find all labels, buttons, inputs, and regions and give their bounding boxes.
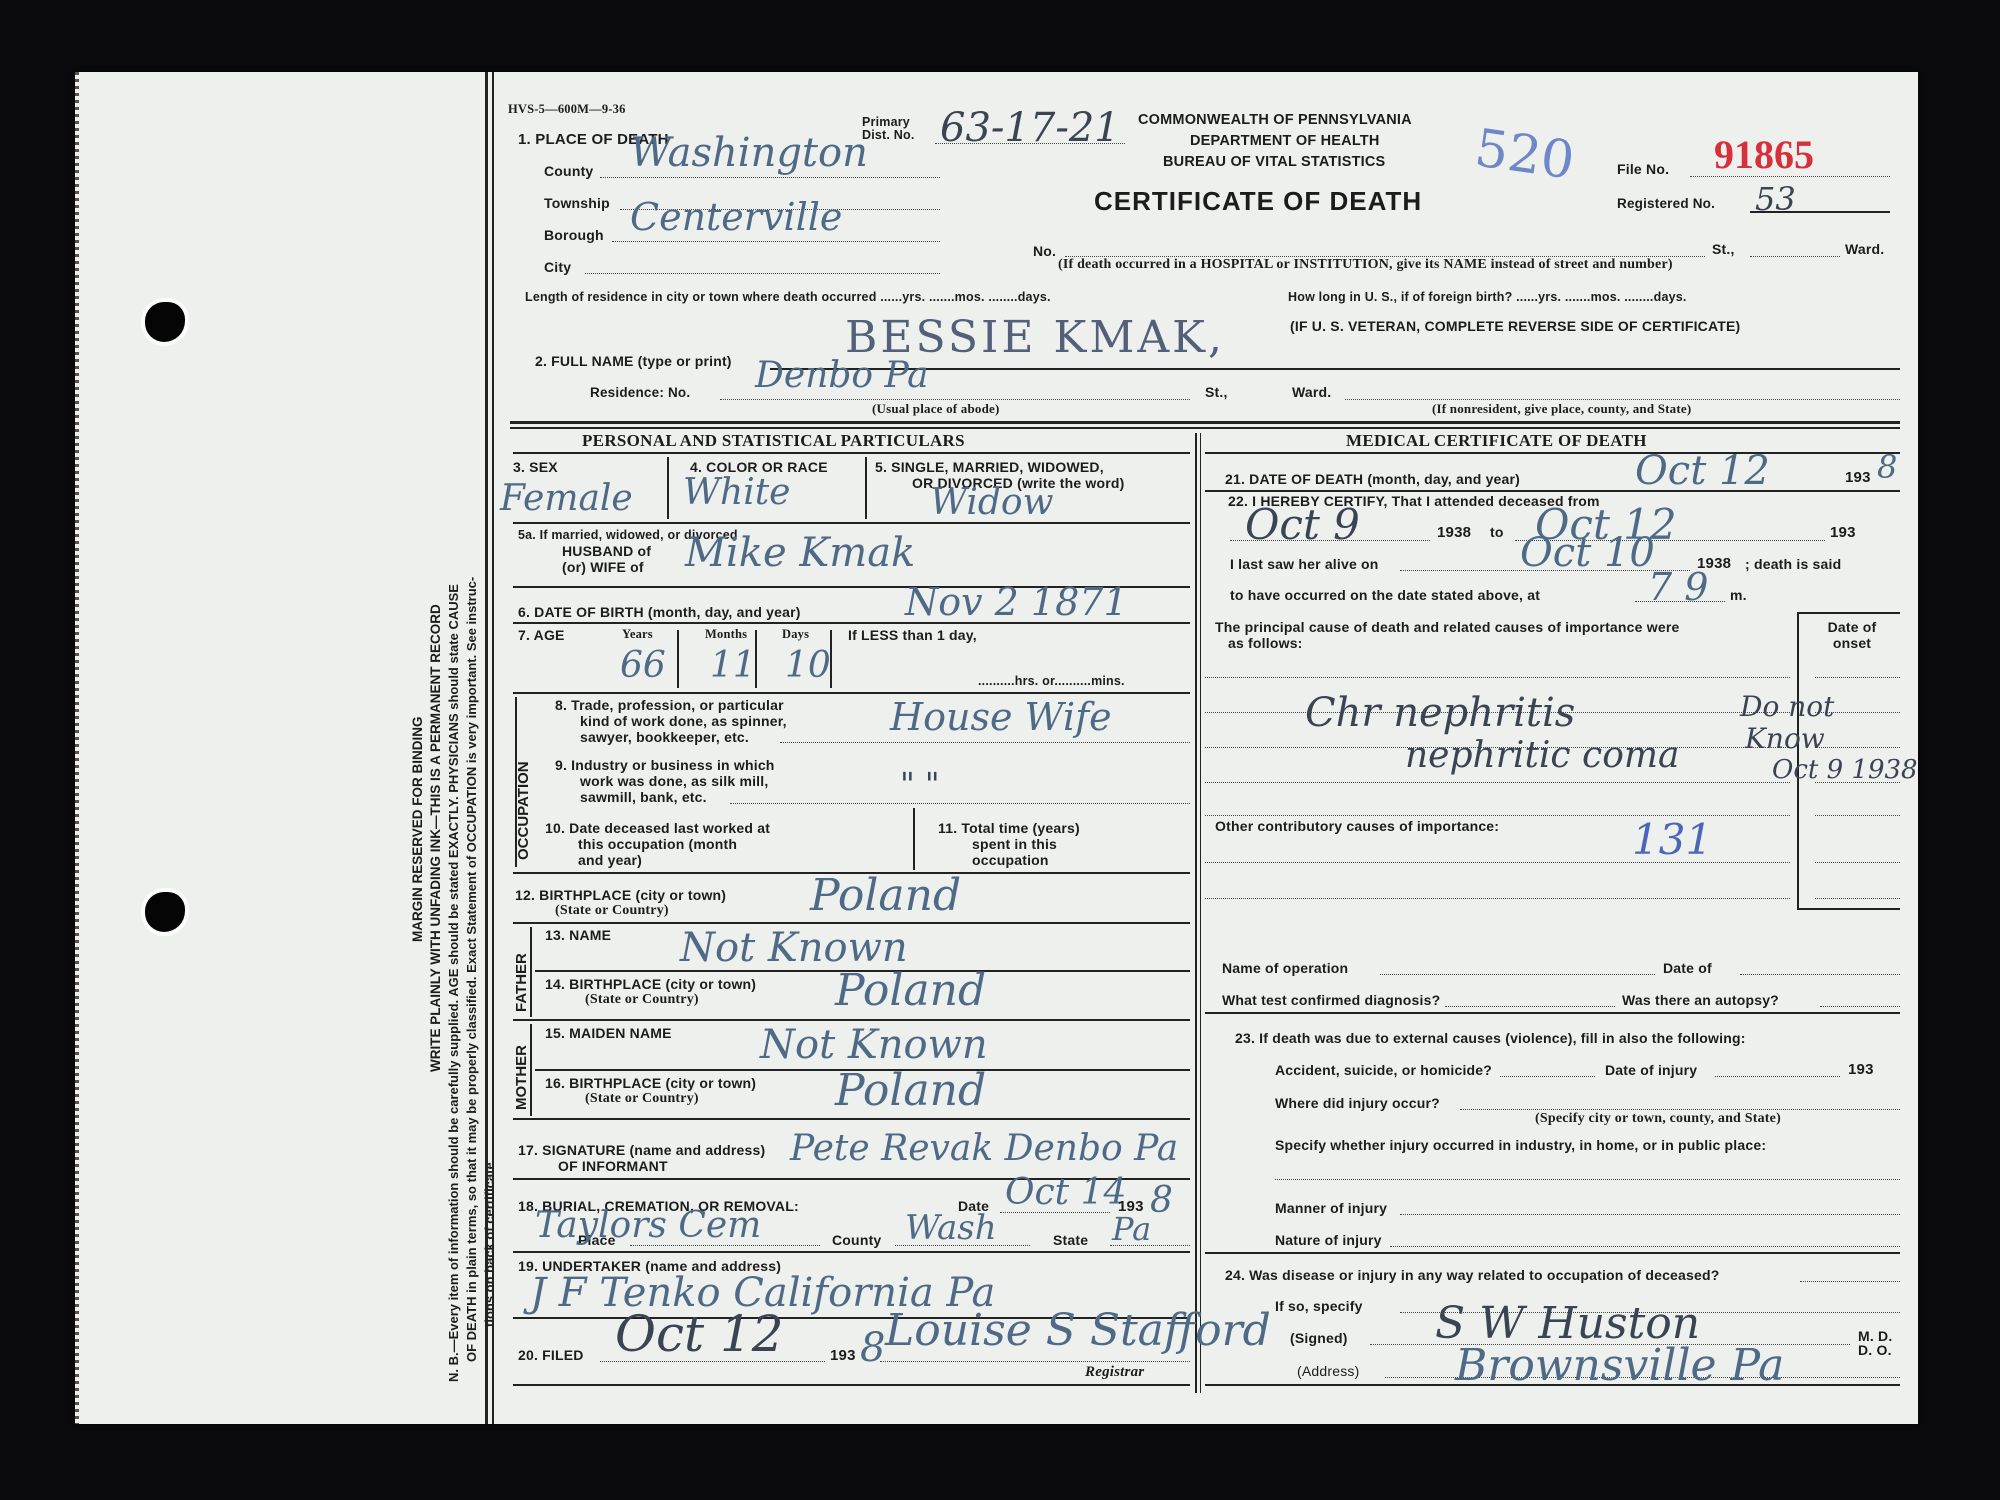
- last-worked-label-3: and year): [578, 852, 642, 868]
- age-months-value: 11: [710, 645, 756, 686]
- date-of-death-value: Oct 12: [1635, 448, 1770, 494]
- registrar-label: Registrar: [1085, 1364, 1144, 1381]
- external-causes-label: 23. If death was due to external causes …: [1235, 1030, 1746, 1046]
- file-no-label: File No.: [1617, 161, 1669, 177]
- cell-divider: [677, 630, 679, 688]
- informant-label-1: 17. SIGNATURE (name and address): [518, 1142, 765, 1158]
- accident-label: Accident, suicide, or homicide?: [1275, 1062, 1492, 1078]
- borough-label: Borough: [544, 227, 604, 243]
- operation-label: Name of operation: [1222, 960, 1348, 976]
- onset-line[interactable]: [1815, 747, 1900, 748]
- sex-label: 3. SEX: [513, 459, 558, 475]
- injury-date-label: Date of injury: [1605, 1062, 1697, 1078]
- dod-year-suffix: 8: [1877, 448, 1897, 486]
- birthplace-label-1: 12. BIRTHPLACE (city or town): [515, 887, 726, 903]
- row-rule: [513, 1118, 1190, 1120]
- file-number: 91865: [1714, 131, 1814, 178]
- margin-binding-note: MARGIN RESERVED FOR BINDING: [410, 716, 425, 942]
- spouse-label-3: (or) WIFE of: [562, 559, 644, 575]
- sex-value: Female: [500, 478, 633, 519]
- nonresident-field[interactable]: [1345, 399, 1900, 400]
- registered-no-label: Registered No.: [1617, 196, 1715, 211]
- last-saw-value: Oct 10: [1520, 530, 1655, 576]
- occupation-side-label: OCCUPATION: [515, 761, 532, 860]
- other-causes-line[interactable]: [1205, 898, 1790, 899]
- onset-line3-value: Oct 9 1938: [1772, 755, 1918, 785]
- onset-line[interactable]: [1815, 862, 1900, 863]
- years-label: Years: [622, 627, 653, 642]
- mother-birthplace-label-1: 16. BIRTHPLACE (city or town): [545, 1075, 756, 1091]
- onset-box-top: [1798, 612, 1900, 614]
- burial-year-suffix: 8: [1150, 1180, 1173, 1221]
- full-name-field-line: [770, 368, 1900, 370]
- abode-note: (Usual place of abode): [872, 401, 1000, 417]
- total-time-label-1: 11. Total time (years): [938, 820, 1080, 836]
- onset-line2-value: Know: [1745, 722, 1825, 755]
- time-value: 7 9: [1648, 565, 1708, 609]
- row-rule: [513, 1019, 1190, 1021]
- borough-value: Centerville: [630, 195, 842, 239]
- filed-year-prefix: 193: [830, 1347, 856, 1364]
- birthplace-value: Poland: [810, 870, 961, 921]
- onset-line[interactable]: [1815, 898, 1900, 899]
- perforated-edge: [75, 72, 79, 1424]
- burial-state-value: Pa: [1112, 1210, 1151, 1248]
- onset-line[interactable]: [1815, 815, 1900, 816]
- primary-dist-value: 63-17-21: [940, 105, 1120, 151]
- mother-birthplace-value: Poland: [835, 1065, 986, 1116]
- father-side-label: FATHER: [513, 953, 530, 1012]
- last-worked-label-2: this occupation (month: [578, 836, 737, 852]
- industry-value: " ": [900, 765, 940, 803]
- if-so-label: If so, specify: [1275, 1298, 1363, 1314]
- test-label: What test confirmed diagnosis?: [1222, 992, 1440, 1008]
- residence-label: Residence: No.: [590, 385, 690, 400]
- autopsy-field[interactable]: [1820, 1006, 1900, 1007]
- row-rule: [513, 452, 1190, 454]
- other-causes-line[interactable]: [1205, 862, 1790, 863]
- township-label: Township: [544, 195, 610, 211]
- street-no-label: No.: [1033, 243, 1056, 259]
- row-rule: [513, 692, 1190, 694]
- row-rule: [1205, 1252, 1900, 1254]
- row-rule: [513, 622, 1190, 624]
- onset-box-bottom: [1798, 908, 1900, 910]
- row-rule: [513, 522, 1190, 524]
- county-label: County: [544, 163, 593, 179]
- death-said-label: ; death is said: [1745, 556, 1841, 572]
- cell-divider: [667, 457, 669, 519]
- age-years-value: 66: [620, 645, 666, 686]
- hospital-note: (If death occurred in a HOSPITAL or INST…: [1058, 257, 1673, 273]
- m-label: m.: [1730, 587, 1747, 603]
- cause-line[interactable]: [1205, 677, 1790, 678]
- personal-section-title: PERSONAL AND STATISTICAL PARTICULARS: [582, 431, 965, 451]
- section-divider: [510, 427, 1900, 429]
- onset-label: Date of onset: [1822, 619, 1882, 651]
- trade-label-3: sawyer, bookkeeper, etc.: [580, 729, 749, 745]
- row-rule: [513, 922, 1190, 924]
- punch-hole: [145, 302, 185, 342]
- header-department: DEPARTMENT OF HEALTH: [1190, 133, 1380, 149]
- total-time-label-3: occupation: [972, 852, 1049, 868]
- father-bracket: [530, 927, 532, 1017]
- to-label: to: [1490, 524, 1504, 540]
- mother-bracket: [530, 1024, 532, 1116]
- age-days-value: 10: [785, 645, 831, 686]
- trade-label-2: kind of work done, as spinner,: [580, 713, 787, 729]
- header-commonwealth: COMMONWEALTH OF PENNSYLVANIA: [1138, 112, 1412, 128]
- cause-line[interactable]: [1205, 782, 1790, 783]
- informant-label-2: OF INFORMANT: [558, 1158, 668, 1174]
- mother-name-label: 15. MAIDEN NAME: [545, 1025, 672, 1041]
- registered-number: 53: [1755, 180, 1796, 218]
- injury-where-note: (Specify city or town, county, and State…: [1535, 1111, 1781, 1127]
- margin-rule: [485, 72, 488, 1424]
- industry-label-2: work was done, as silk mill,: [580, 773, 768, 789]
- injury-where-field[interactable]: [1460, 1109, 1900, 1110]
- mother-birthplace-label-2: (State or Country): [585, 1091, 699, 1107]
- nature-label: Nature of injury: [1275, 1232, 1382, 1248]
- burial-county-value: Wash: [905, 1208, 997, 1248]
- trade-field[interactable]: [780, 742, 1190, 743]
- full-name-label: 2. FULL NAME (type or print): [535, 353, 732, 369]
- street-label: St.,: [1712, 241, 1735, 257]
- city-field[interactable]: [585, 273, 940, 274]
- industry-label-3: sawmill, bank, etc.: [580, 789, 707, 805]
- industry-field[interactable]: [730, 803, 1190, 804]
- marital-value: Widow: [930, 482, 1053, 523]
- spouse-value: Mike Kmak: [685, 530, 915, 576]
- father-birthplace-label-1: 14. BIRTHPLACE (city or town): [545, 976, 756, 992]
- attended-from-year: 1938: [1437, 524, 1471, 541]
- dod-year-prefix: 193: [1845, 469, 1871, 486]
- father-birthplace-label-2: (State or Country): [585, 992, 699, 1008]
- row-rule: [1205, 1012, 1900, 1014]
- medical-section-title: MEDICAL CERTIFICATE OF DEATH: [1346, 431, 1647, 451]
- row-rule: [1205, 452, 1900, 454]
- burial-date-value: Oct 14: [1005, 1172, 1126, 1213]
- spouse-label-2: HUSBAND of: [562, 543, 651, 559]
- manner-field[interactable]: [1400, 1214, 1900, 1215]
- margin-nb-line1: N. B.—Every item of information should b…: [446, 584, 461, 1382]
- county-value: Washington: [630, 130, 868, 176]
- onset-line[interactable]: [1815, 677, 1900, 678]
- mother-side-label: MOTHER: [513, 1045, 530, 1110]
- autopsy-label: Was there an autopsy?: [1622, 992, 1779, 1008]
- registrar-signature: Louise S Stafford: [885, 1305, 1271, 1356]
- father-name-label: 13. NAME: [545, 927, 611, 943]
- race-value: White: [683, 472, 790, 513]
- cause-line1-value: Chr nephritis: [1305, 690, 1575, 736]
- row-rule: [513, 1251, 1190, 1253]
- city-label: City: [544, 259, 571, 275]
- filed-date-value: Oct 12: [615, 1305, 784, 1363]
- punch-hole: [145, 892, 185, 932]
- age-label: 7. AGE: [518, 627, 565, 643]
- attended-to-year: 193: [1830, 524, 1856, 541]
- column-divider: [1195, 433, 1197, 1393]
- borough-field[interactable]: [612, 241, 940, 242]
- onset-line1-value: Do not: [1740, 690, 1834, 723]
- mother-name-value: Not Known: [760, 1022, 988, 1068]
- other-causes-code: 131: [1632, 815, 1712, 864]
- row-rule: [513, 1384, 1190, 1386]
- nature-field[interactable]: [1390, 1246, 1900, 1247]
- signed-label: (Signed): [1290, 1330, 1348, 1346]
- residence-length-label: Length of residence in city or town wher…: [525, 290, 1051, 304]
- operation-date-field[interactable]: [1740, 974, 1900, 975]
- ward-label: Ward.: [1845, 241, 1884, 257]
- cause-label-1: The principal cause of death and related…: [1215, 619, 1679, 635]
- residence-value: Denbo Pa: [755, 355, 929, 396]
- months-label: Months: [705, 627, 747, 642]
- filed-label: 20. FILED: [518, 1347, 584, 1363]
- total-time-label-2: spent in this: [972, 836, 1057, 852]
- primary-dist-label: Primary Dist. No.: [862, 116, 915, 142]
- margin-rule: [492, 72, 494, 1424]
- burial-state-label: State: [1053, 1232, 1088, 1248]
- dob-value: Nov 2 1871: [905, 580, 1128, 624]
- county-field[interactable]: [600, 177, 940, 178]
- birthplace-label-2: (State or Country): [555, 903, 669, 919]
- ward-field[interactable]: [1750, 256, 1840, 257]
- injury-year: 193: [1848, 1061, 1874, 1078]
- days-label: Days: [782, 627, 809, 642]
- operation-date-label: Date of: [1663, 960, 1712, 976]
- industry-label-1: 9. Industry or business in which: [555, 757, 775, 773]
- attended-from-value: Oct 9: [1245, 500, 1360, 549]
- less-than-day-label: If LESS than 1 day,: [848, 627, 977, 643]
- last-saw-label: I last saw her alive on: [1230, 556, 1379, 572]
- injury-place-field[interactable]: [1275, 1179, 1900, 1180]
- certificate-title: CERTIFICATE OF DEATH: [1094, 186, 1422, 217]
- occurred-at-label: to have occurred on the date stated abov…: [1230, 587, 1540, 603]
- cell-divider: [865, 457, 867, 519]
- burial-place-value: Taylors Cem: [535, 1205, 761, 1246]
- form-code: HVS-5—600M—9-36: [508, 102, 626, 117]
- last-worked-label-1: 10. Date deceased last worked at: [545, 820, 770, 836]
- cause-line2-value: nephritic coma: [1405, 735, 1679, 776]
- section-divider: [510, 421, 1900, 424]
- header-bureau: BUREAU OF VITAL STATISTICS: [1163, 154, 1385, 170]
- do-label: D. O.: [1858, 1342, 1892, 1358]
- trade-value: House Wife: [890, 695, 1112, 739]
- accident-field[interactable]: [1500, 1076, 1595, 1077]
- column-divider: [1200, 433, 1201, 1393]
- injury-where-label: Where did injury occur?: [1275, 1095, 1440, 1111]
- injury-place-label: Specify whether injury occurred in indus…: [1275, 1137, 1766, 1153]
- filed-year-suffix: 8: [860, 1325, 885, 1371]
- father-birthplace-value: Poland: [835, 965, 986, 1016]
- occupation-related-label: 24. Was disease or injury in any way rel…: [1225, 1267, 1720, 1283]
- test-field[interactable]: [1445, 1006, 1615, 1007]
- nonresident-note: (If nonresident, give place, county, and…: [1432, 401, 1691, 417]
- veteran-note: (IF U. S. VETERAN, COMPLETE REVERSE SIDE…: [1290, 318, 1740, 334]
- cause-label-2: as follows:: [1228, 635, 1303, 651]
- row-rule: [1205, 490, 1900, 492]
- occupation-related-field[interactable]: [1800, 1281, 1900, 1282]
- manner-label: Manner of injury: [1275, 1200, 1387, 1216]
- us-length-label: How long in U. S., if of foreign birth? …: [1288, 290, 1687, 304]
- margin-ink-note: WRITE PLAINLY WITH UNFADING INK—THIS IS …: [428, 604, 443, 1072]
- address-label: (Address): [1297, 1363, 1359, 1379]
- informant-value: Pete Revak Denbo Pa: [790, 1128, 1178, 1169]
- operation-field[interactable]: [1380, 974, 1655, 975]
- cell-divider: [913, 808, 915, 870]
- trade-label-1: 8. Trade, profession, or particular: [555, 697, 784, 713]
- residence-field[interactable]: [720, 399, 1190, 400]
- residence-st-label: St.,: [1205, 384, 1228, 400]
- margin-nb-line2: OF DEATH in plain terms, so that it may …: [464, 577, 479, 1362]
- residence-ward-label: Ward.: [1292, 384, 1331, 400]
- other-causes-label: Other contributory causes of importance:: [1215, 818, 1499, 834]
- injury-date-field[interactable]: [1715, 1076, 1840, 1077]
- registrar-field[interactable]: [880, 1361, 1190, 1362]
- row-rule: [1205, 1384, 1900, 1386]
- hrs-mins-label: ..........hrs. or..........mins.: [978, 674, 1125, 688]
- dob-label: 6. DATE OF BIRTH (month, day, and year): [518, 604, 801, 620]
- date-of-death-label: 21. DATE OF DEATH (month, day, and year): [1225, 471, 1520, 487]
- burial-county-label: County: [832, 1232, 881, 1248]
- marital-label-1: 5. SINGLE, MARRIED, WIDOWED,: [875, 459, 1104, 475]
